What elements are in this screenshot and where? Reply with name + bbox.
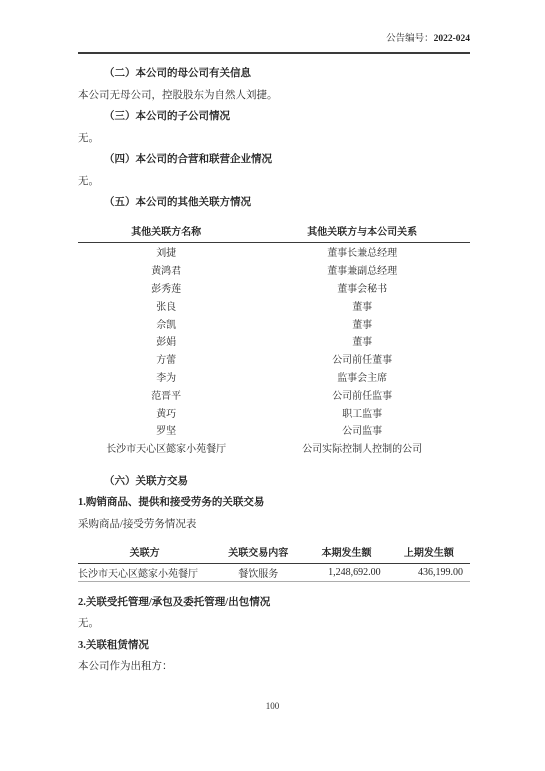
column-header-prior-amount: 上期发生额 xyxy=(388,542,470,564)
column-header-current-amount: 本期发生额 xyxy=(305,542,387,564)
transaction-prior-amount: 436,199.00 xyxy=(388,563,470,581)
party-relationship: 公司实际控制人控制的公司 xyxy=(254,439,470,457)
party-name: 方蕾 xyxy=(78,350,254,368)
party-relationship: 董事 xyxy=(254,296,470,314)
party-name: 李为 xyxy=(78,368,254,386)
item-entrusted-management: 2.关联受托管理/承包及委托管理/出包情况 xyxy=(78,596,470,609)
document-page: 公告编号：2022-024 （二）本公司的母公司有关信息 本公司无母公司，控股股… xyxy=(0,0,545,771)
column-header-transaction-content: 关联交易内容 xyxy=(211,542,305,564)
party-relationship: 公司前任监事 xyxy=(254,385,470,403)
page-number: 100 xyxy=(0,701,545,711)
column-header-party-name: 其他关联方名称 xyxy=(78,221,254,243)
related-party-table-header-row: 其他关联方名称 其他关联方与本公司关系 xyxy=(78,221,470,243)
announcement-number-line: 公告编号：2022-024 xyxy=(0,0,545,45)
party-name: 佘凯 xyxy=(78,314,254,332)
party-relationship: 董事 xyxy=(254,332,470,350)
party-relationship: 公司前任董事 xyxy=(254,350,470,368)
announcement-label: 公告编号： xyxy=(386,34,434,44)
party-name: 黄鸿君 xyxy=(78,261,254,279)
table-row: 彭秀莲董事会秘书 xyxy=(78,279,470,297)
party-relationship: 公司监事 xyxy=(254,421,470,439)
party-relationship: 董事兼副总经理 xyxy=(254,261,470,279)
section-heading-related-transactions: （六）关联方交易 xyxy=(78,475,470,488)
party-relationship: 董事 xyxy=(254,314,470,332)
paragraph-purchase-table-title: 采购商品/接受劳务情况表 xyxy=(78,518,470,531)
section-heading-subsidiaries: （三）本公司的子公司情况 xyxy=(78,110,470,123)
party-name: 彭秀莲 xyxy=(78,279,254,297)
transaction-table: 关联方 关联交易内容 本期发生额 上期发生额 长沙市天心区懿家小苑餐厅 餐饮服务… xyxy=(78,542,470,582)
transaction-party: 长沙市天心区懿家小苑餐厅 xyxy=(78,563,211,581)
column-header-related-party: 关联方 xyxy=(78,542,211,564)
paragraph-lessor: 本公司作为出租方： xyxy=(78,660,470,673)
party-relationship: 董事长兼总经理 xyxy=(254,243,470,261)
transaction-content: 餐饮服务 xyxy=(211,563,305,581)
column-header-relationship: 其他关联方与本公司关系 xyxy=(254,221,470,243)
party-relationship: 董事会秘书 xyxy=(254,279,470,297)
party-name: 刘捷 xyxy=(78,243,254,261)
table-row: 佘凯董事 xyxy=(78,314,470,332)
document-body: （二）本公司的母公司有关信息 本公司无母公司，控股股东为自然人刘捷。 （三）本公… xyxy=(0,67,545,673)
related-party-table: 其他关联方名称 其他关联方与本公司关系 刘捷董事长兼总经理 黄鸿君董事兼副总经理… xyxy=(78,221,470,457)
section-heading-parent-company: （二）本公司的母公司有关信息 xyxy=(78,67,470,80)
party-name: 黄巧 xyxy=(78,403,254,421)
header-rule xyxy=(78,52,470,54)
table-row: 范晋平公司前任监事 xyxy=(78,385,470,403)
party-relationship: 职工监事 xyxy=(254,403,470,421)
table-row: 张良董事 xyxy=(78,296,470,314)
party-name: 张良 xyxy=(78,296,254,314)
announcement-no: 2022-024 xyxy=(434,34,470,44)
transaction-table-header-row: 关联方 关联交易内容 本期发生额 上期发生额 xyxy=(78,542,470,564)
party-relationship: 监事会主席 xyxy=(254,368,470,386)
table-row: 刘捷董事长兼总经理 xyxy=(78,243,470,261)
section-heading-joint-ventures: （四）本公司的合营和联营企业情况 xyxy=(78,153,470,166)
paragraph-parent-company: 本公司无母公司，控股股东为自然人刘捷。 xyxy=(78,89,470,102)
transaction-current-amount: 1,248,692.00 xyxy=(305,563,387,581)
table-row: 长沙市天心区懿家小苑餐厅公司实际控制人控制的公司 xyxy=(78,439,470,457)
table-row: 彭娟董事 xyxy=(78,332,470,350)
table-row: 方蕾公司前任董事 xyxy=(78,350,470,368)
table-row: 黄巧职工监事 xyxy=(78,403,470,421)
paragraph-subsidiaries: 无。 xyxy=(78,132,470,145)
party-name: 罗坚 xyxy=(78,421,254,439)
table-row: 李为监事会主席 xyxy=(78,368,470,386)
party-name: 长沙市天心区懿家小苑餐厅 xyxy=(78,439,254,457)
item-related-lease: 3.关联租赁情况 xyxy=(78,639,470,652)
table-row: 罗坚公司监事 xyxy=(78,421,470,439)
paragraph-joint-ventures: 无。 xyxy=(78,175,470,188)
party-name: 彭娟 xyxy=(78,332,254,350)
table-row: 长沙市天心区懿家小苑餐厅 餐饮服务 1,248,692.00 436,199.0… xyxy=(78,563,470,581)
party-name: 范晋平 xyxy=(78,385,254,403)
section-heading-other-related-parties: （五）本公司的其他关联方情况 xyxy=(78,196,470,209)
table-row: 黄鸿君董事兼副总经理 xyxy=(78,261,470,279)
paragraph-entrusted-management: 无。 xyxy=(78,617,470,630)
item-purchase-sales: 1.购销商品、提供和接受劳务的关联交易 xyxy=(78,496,470,509)
